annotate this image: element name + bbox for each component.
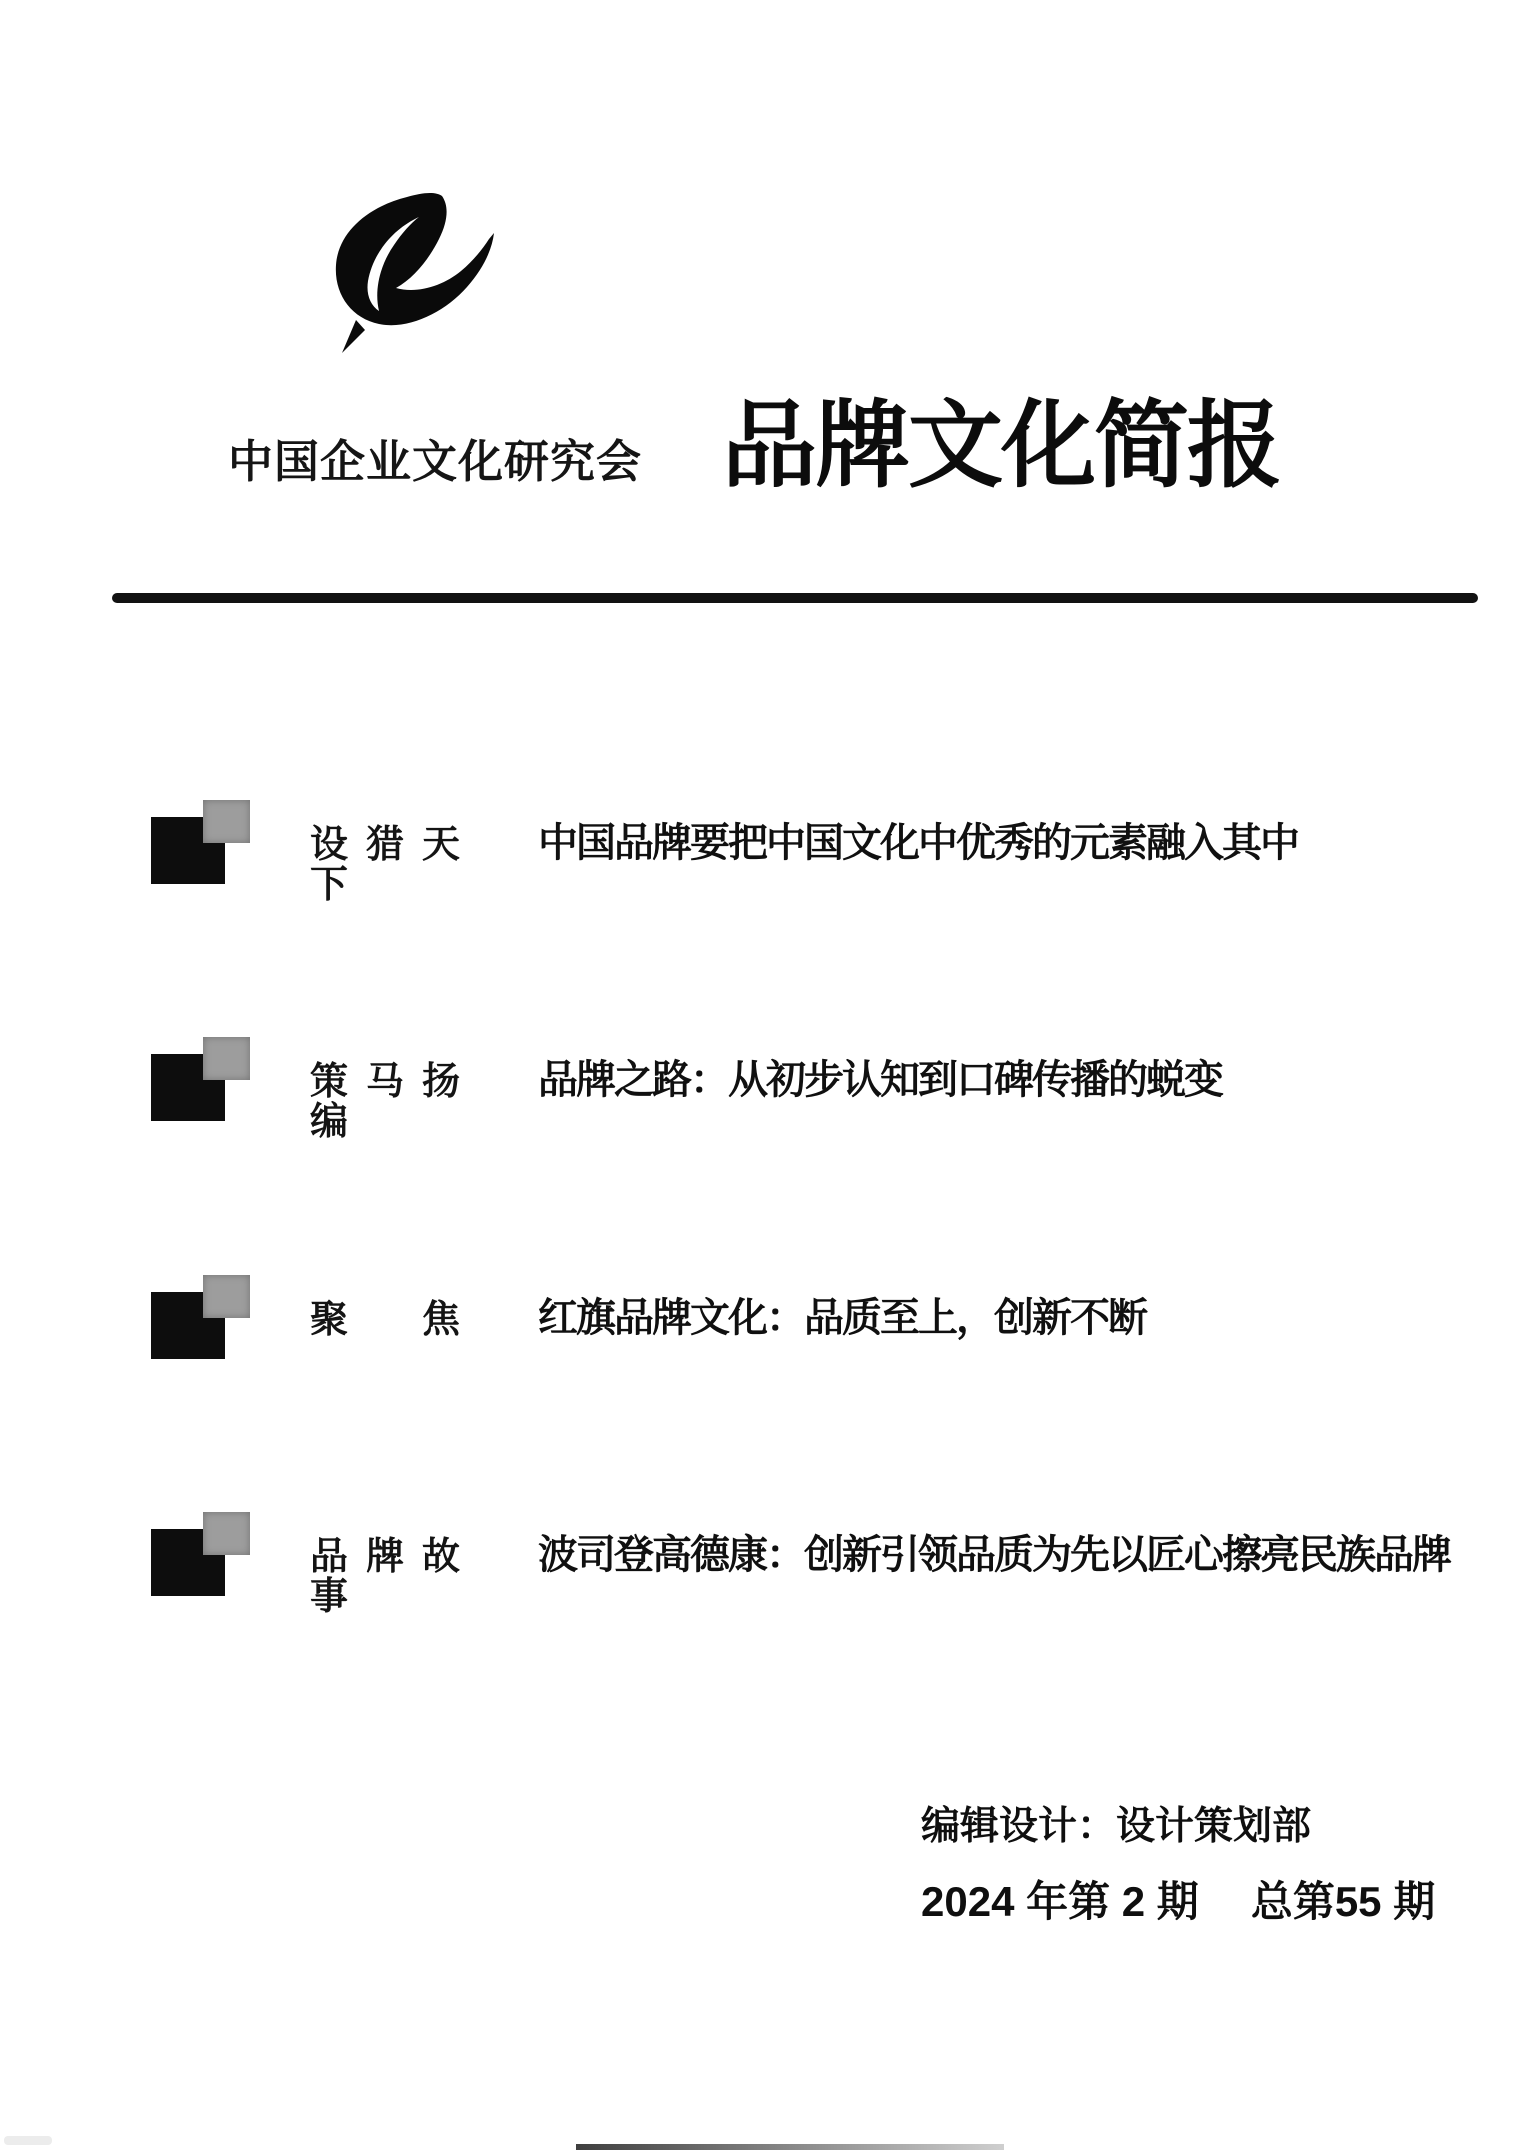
toc-category: 策马扬编 [310, 1062, 460, 1142]
issue-number: 2024 年第 2 期 [921, 1878, 1199, 1925]
toc-item: 设猎天下 中国品牌要把中国文化中优秀的元素融入其中 [0, 795, 1535, 905]
toc-marker-gray-square-icon [203, 1037, 250, 1080]
toc-article-title: 中国品牌要把中国文化中优秀的元素融入其中 [538, 820, 1298, 866]
scan-edge-artifact [576, 2144, 1004, 2150]
toc-marker-gray-square-icon [203, 1512, 250, 1555]
editor-credit-line: 编辑设计：设计策划部 [921, 1804, 1311, 1850]
masthead-divider-rule [112, 593, 1478, 603]
newsletter-cover-page: 中国企业文化研究会 品牌文化简报 设猎天下 中国品牌要把中国文化中优秀的元素融入… [0, 0, 1535, 2151]
publication-title: 品牌文化简报 [722, 392, 1280, 500]
toc-article-title: 波司登高德康：创新引领品质为先以匠心擦亮民族品牌 [538, 1532, 1450, 1578]
toc-category: 聚焦 [310, 1300, 460, 1340]
toc-article-title: 红旗品牌文化：品质至上，创新不断 [538, 1295, 1146, 1341]
toc-item: 策马扬编 品牌之路：从初步认知到口碑传播的蜕变 [0, 1032, 1535, 1142]
organization-name: 中国企业文化研究会 [228, 434, 642, 490]
toc-marker-gray-square-icon [203, 1275, 250, 1318]
issue-info-line: 2024 年第 2 期总第55 期 [921, 1878, 1435, 1926]
toc-item: 品牌故事 波司登高德康：创新引领品质为先以匠心擦亮民族品牌 [0, 1507, 1535, 1617]
toc-marker-gray-square-icon [203, 800, 250, 843]
calligraphic-e-logo-icon [320, 190, 510, 362]
cumulative-issue-number: 总第55 期 [1251, 1878, 1435, 1925]
toc-category: 品牌故事 [310, 1537, 460, 1617]
toc-category: 设猎天下 [310, 825, 460, 905]
scan-smudge-artifact [4, 2136, 52, 2145]
toc-item: 聚焦 红旗品牌文化：品质至上，创新不断 [0, 1270, 1535, 1380]
toc-article-title: 品牌之路：从初步认知到口碑传播的蜕变 [538, 1057, 1222, 1103]
